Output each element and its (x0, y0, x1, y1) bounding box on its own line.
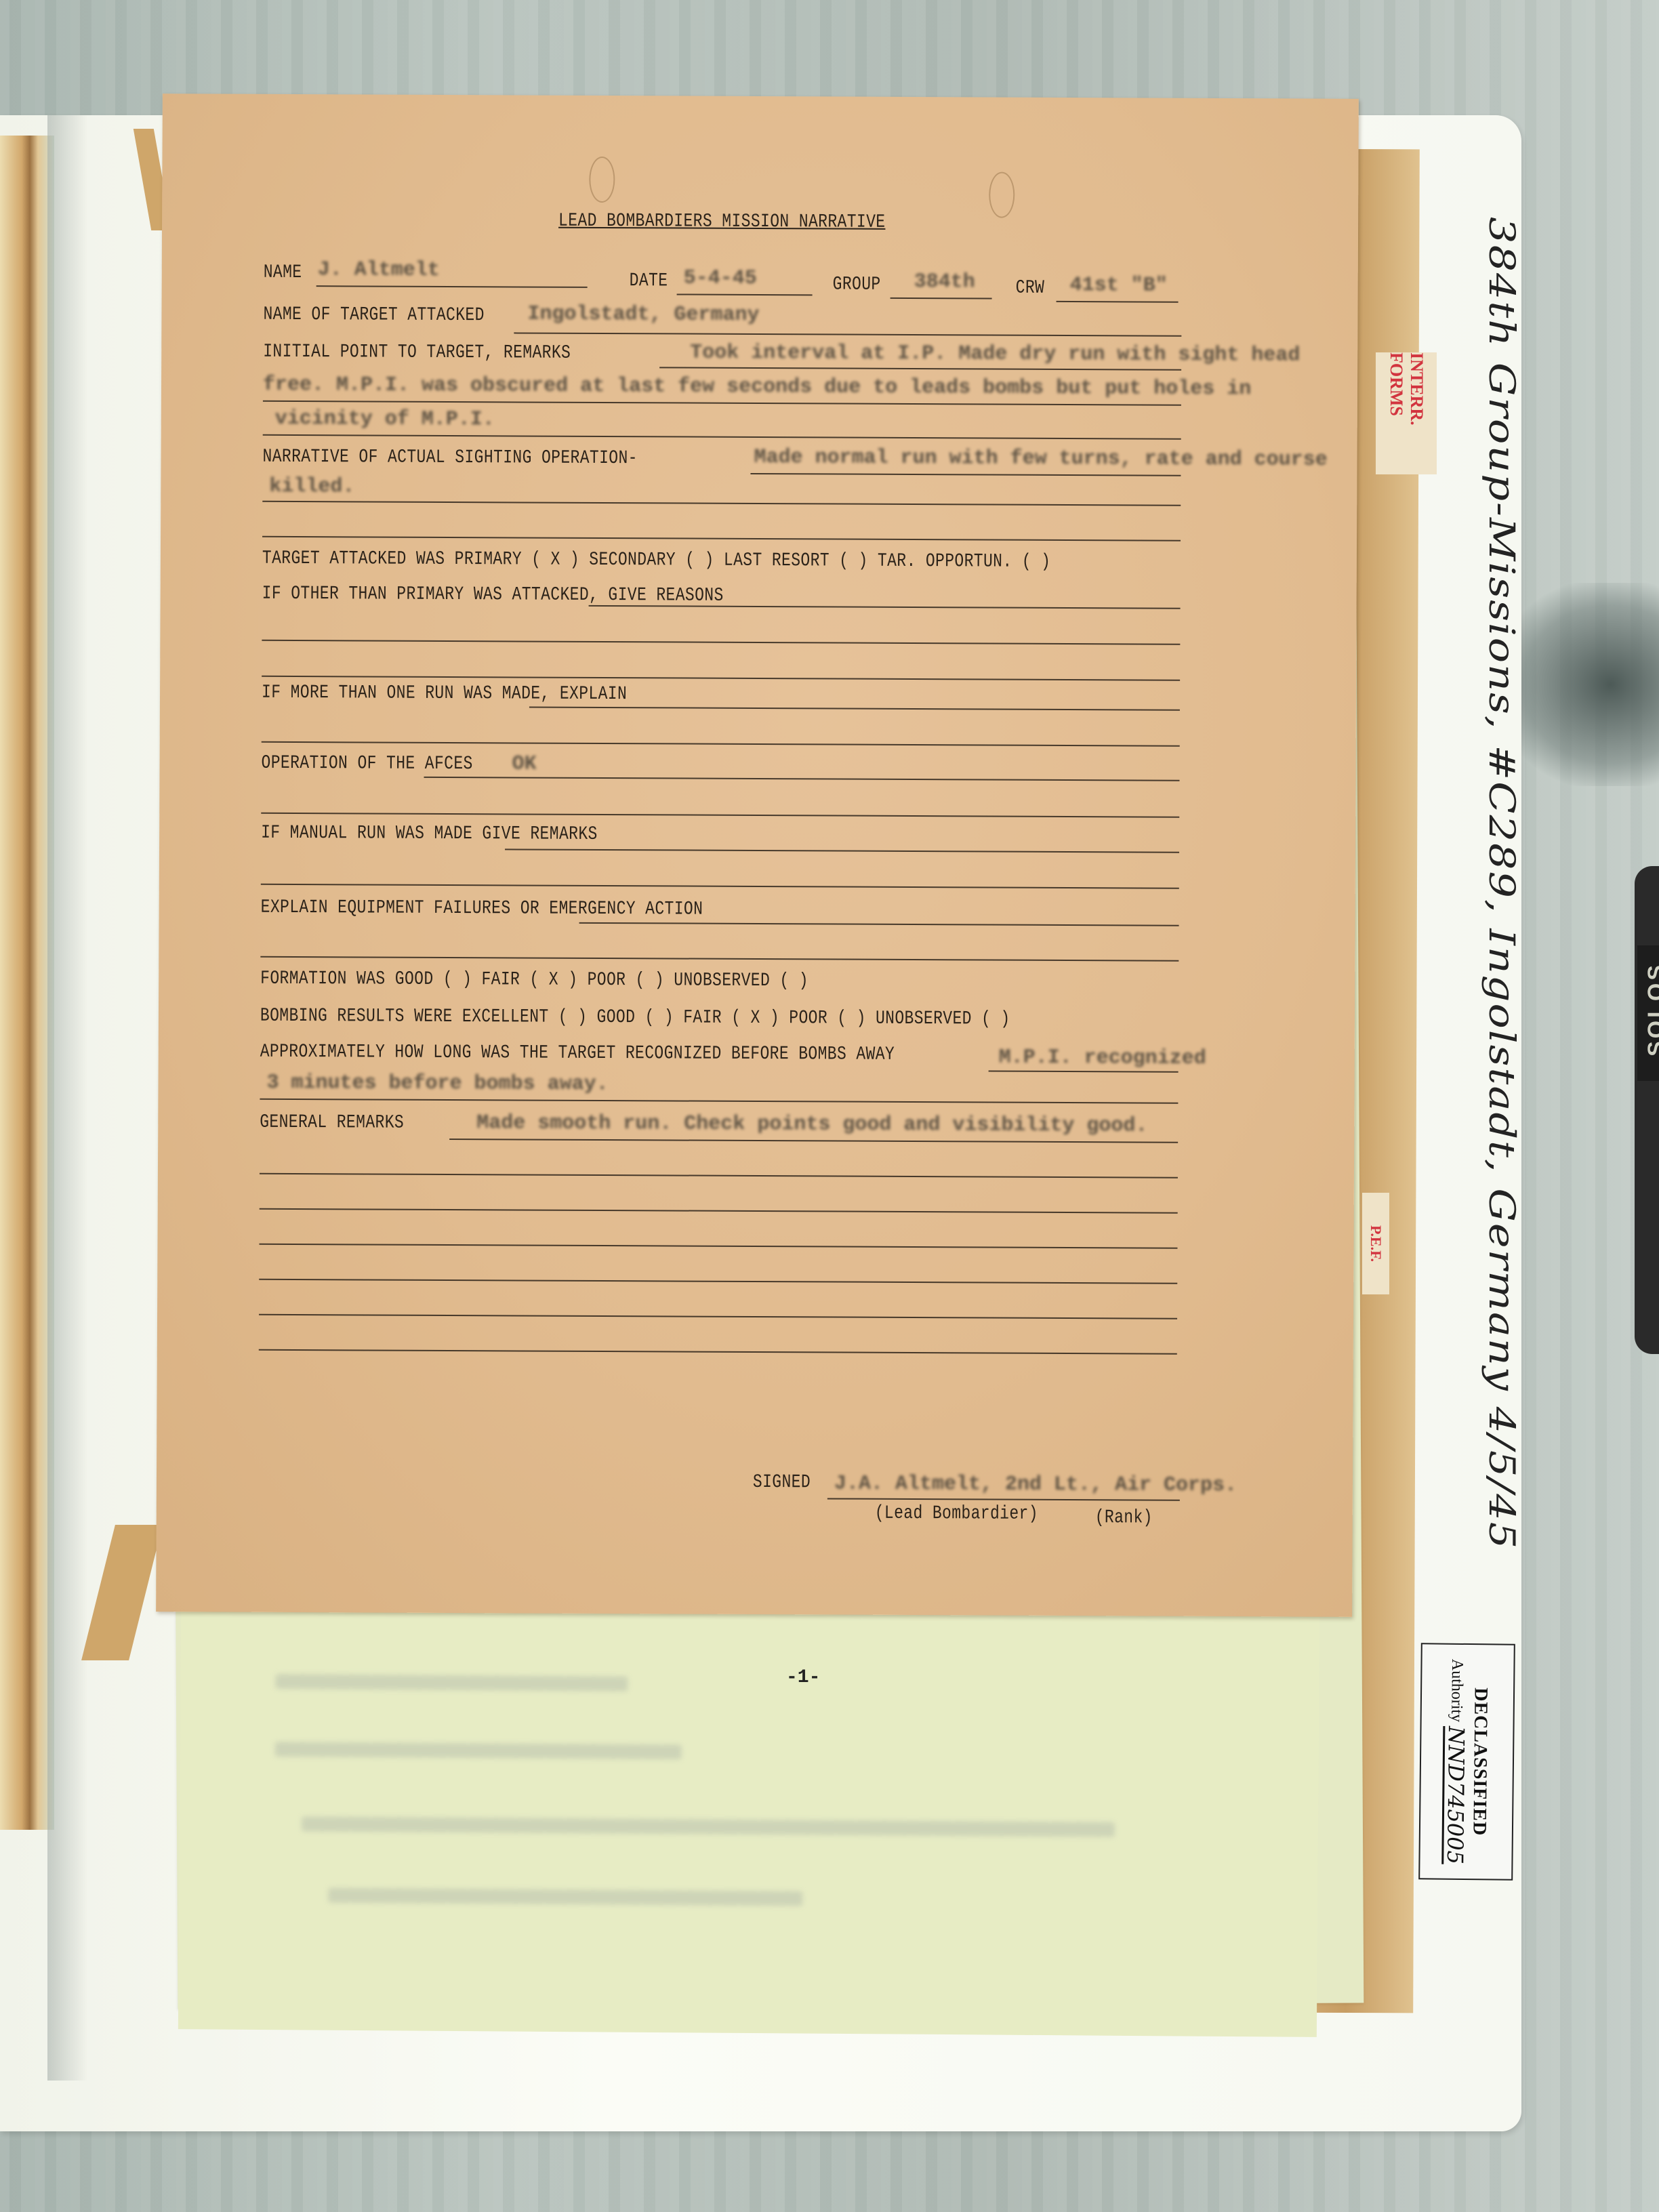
group-label: GROUP (833, 274, 881, 295)
punch-hole (589, 157, 615, 203)
page-number: -1- (786, 1667, 820, 1688)
faint-text-line (302, 1816, 1115, 1837)
rule (261, 813, 1179, 818)
rule (261, 884, 1179, 889)
rule (1057, 301, 1179, 303)
rule (259, 1244, 1177, 1249)
rule (260, 1208, 1178, 1214)
rule (262, 536, 1181, 541)
ip-value-line1: Took interval at I.P. Made dry run with … (690, 342, 1300, 367)
more-than-one-run-label: IF MORE THAN ONE RUN WAS MADE, EXPLAIN (262, 682, 627, 705)
rule (677, 293, 813, 295)
afce-label: OPERATION OF THE AFCES (262, 753, 473, 775)
rule (529, 707, 1180, 711)
sighting-label: NARRATIVE OF ACTUAL SIGHTING OPERATION- (262, 447, 637, 469)
afce-value: OK (512, 752, 537, 775)
mission-narrative-form: LEAD BOMBARDIERS MISSION NARRATIVE NAME … (156, 94, 1359, 1617)
folder-gutter (47, 115, 88, 2081)
rule (262, 676, 1180, 681)
ip-value-line3: vicinity of M.P.I. (275, 407, 495, 431)
authority-value: NND745005 (1442, 1726, 1469, 1864)
rule (424, 777, 1179, 781)
recognized-label: APPROXIMATELY HOW LONG WAS THE TARGET RE… (260, 1042, 895, 1065)
date-label: DATE (630, 270, 668, 291)
recognized-value-line2: 3 minutes before bombs away. (266, 1071, 608, 1096)
signed-value: J.A. Altmelt, 2nd Lt., Air Corps. (834, 1473, 1237, 1498)
rule (262, 640, 1180, 645)
formation-options: FORMATION WAS GOOD ( ) FAIR ( X ) POOR (… (260, 968, 808, 992)
target-value: Ingolstadt, Germany (527, 303, 759, 327)
general-remarks-value: Made smooth run. Check points good and v… (476, 1111, 1147, 1137)
crew-value: 41st "B" (1070, 274, 1168, 298)
target-label: NAME OF TARGET ATTACKED (263, 304, 484, 326)
rule (260, 956, 1179, 962)
equipment-label: EXPLAIN EQUIPMENT FAILURES OR EMERGENCY … (261, 897, 703, 920)
rule (514, 332, 1181, 336)
form-title: LEAD BOMBARDIERS MISSION NARRATIVE (558, 211, 886, 233)
other-than-primary-label: IF OTHER THAN PRIMARY WAS ATTACKED, GIVE… (262, 583, 724, 607)
sighting-value-line1: Made normal run with few turns, rate and… (754, 446, 1327, 472)
rule (579, 922, 1179, 926)
signed-caption-rank: (Rank) (1095, 1507, 1153, 1528)
faint-text-line (275, 1742, 682, 1759)
recognized-value-line1: M.P.I. recognized (999, 1046, 1206, 1070)
rule (589, 605, 1181, 609)
folder-handwritten-label: 384th Group-Missions, #C289, Ingolstadt,… (1481, 217, 1523, 1550)
signed-label: SIGNED (753, 1472, 811, 1493)
rule (263, 401, 1181, 406)
rule (259, 1314, 1177, 1319)
rule (259, 1279, 1177, 1284)
rule (259, 1349, 1177, 1355)
group-value: 384th (914, 270, 975, 293)
date-value: 5-4-45 (684, 267, 757, 290)
rule (260, 1099, 1178, 1104)
declassified-heading: DECLASSIFIED (1468, 1687, 1491, 1836)
signed-caption-role: (Lead Bombardier) (875, 1503, 1038, 1525)
rule (263, 434, 1181, 440)
faint-text-line (328, 1888, 802, 1906)
rule (262, 741, 1180, 747)
authority-label: Authority (1448, 1659, 1466, 1723)
name-label: NAME (264, 262, 302, 283)
ip-value-line2: free. M.P.I. was obscured at last few se… (263, 373, 1251, 401)
tab-pef[interactable]: P.E.F. (1362, 1193, 1389, 1294)
device-brand-text: SOLOS (1643, 962, 1659, 1057)
punch-hole (989, 171, 1015, 218)
left-paper-stack (0, 136, 54, 1830)
rule (890, 298, 992, 300)
declassified-label: DECLASSIFIED Authority NND745005 (1418, 1643, 1515, 1880)
bombing-results-options: BOMBING RESULTS WERE EXCELLENT ( ) GOOD … (260, 1006, 1010, 1030)
rule (750, 473, 1181, 476)
faint-text-line (275, 1674, 628, 1692)
tab-interr-forms[interactable]: INTERR. FORMS (1376, 352, 1437, 474)
name-value: J. Altmelt (318, 258, 440, 282)
authority-line: Authority NND745005 (1442, 1659, 1470, 1865)
manual-run-label: IF MANUAL RUN WAS MADE GIVE REMARKS (261, 823, 598, 845)
rule (989, 1070, 1179, 1072)
rule (316, 285, 588, 288)
rule (505, 848, 1179, 853)
crew-label: CRW (1016, 278, 1045, 299)
green-lower-sheet (178, 1609, 1319, 2037)
rule (260, 1173, 1178, 1179)
rule (659, 367, 1181, 370)
sighting-value-line2: killed. (269, 475, 354, 499)
mobile-device (1635, 866, 1659, 1354)
rule (449, 1139, 1178, 1143)
target-type-options: TARGET ATTACKED WAS PRIMARY ( X ) SECOND… (262, 548, 1051, 573)
rule (827, 1498, 1180, 1500)
rule (262, 501, 1181, 506)
general-remarks-label: GENERAL REMARKS (260, 1112, 404, 1134)
ip-label: INITIAL POINT TO TARGET, REMARKS (263, 342, 571, 364)
